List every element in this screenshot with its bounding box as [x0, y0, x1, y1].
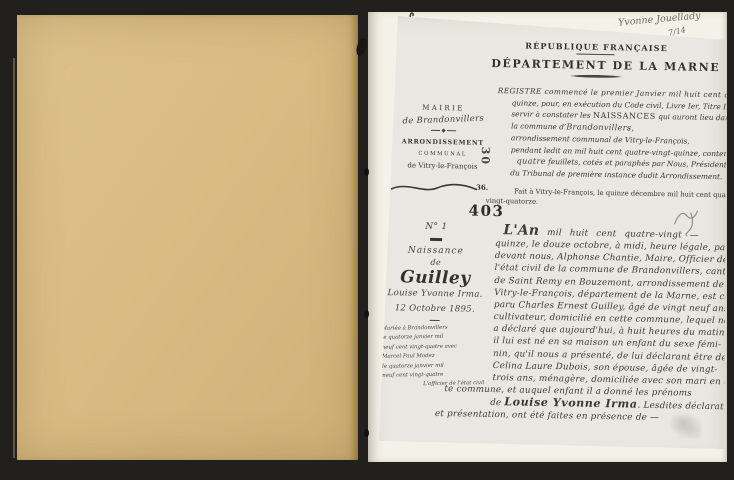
pencil-annotation-name: Yvonne Jouellady — [618, 10, 701, 28]
register-page: Yvonne Jouellady 7/14 RÉPUBLIQUE FRANÇAI… — [368, 12, 727, 462]
mairie-label: MAIRIE — [390, 103, 496, 113]
act-text: L'An mil huit cent quatre-vingt — quinze… — [492, 224, 734, 426]
margin-dash — [430, 319, 440, 321]
act-date-label: 12 Octobre 1895. — [379, 302, 491, 314]
act-number-label: N° 1 — [380, 221, 492, 233]
fait-line: Fait à Vitry-le-François, le quinze déce… — [514, 187, 734, 199]
act-type-label: Naissance — [380, 244, 492, 256]
registre-line-text: qui auront lieu dans — [656, 112, 734, 122]
ornament-rule — [570, 74, 622, 78]
feuillets-count-handwritten: quatre — [516, 156, 545, 167]
margin-dash — [430, 238, 442, 241]
registre-line-text: la commune d’ — [511, 121, 566, 131]
republic-heading: RÉPUBLIQUE FRANÇAISE — [522, 40, 672, 53]
binding-stitch — [364, 310, 369, 318]
commune-handwritten-inline: Brandonvillers, — [566, 121, 634, 132]
scan-content: RÉPUBLIQUE FRANÇAISE DÉPARTEMENT DE LA M… — [364, 9, 731, 466]
naissances-caps: NAISSANCES — [593, 111, 656, 121]
microfilm-scan-area: RÉPUBLIQUE FRANÇAISE DÉPARTEMENT DE LA M… — [368, 12, 727, 462]
book-cover-page — [17, 15, 358, 460]
swash-number-mark: 36. — [476, 183, 488, 192]
marriage-marginal-note: Mariée à Brandonvillers le quatorze janv… — [377, 323, 490, 391]
commune-handwritten: de Brandonvillers — [390, 113, 496, 127]
numeric-stamp: 30 — [479, 147, 492, 167]
printed-number-403: 403 — [468, 202, 504, 221]
sidebar-swash-ornament — [389, 180, 479, 196]
surname-label: Guilley — [379, 266, 491, 288]
act-text-segment: de — [490, 398, 504, 408]
scanned-register-spread: Yvonne Jouellady 7/14 RÉPUBLIQUE FRANÇAI… — [0, 0, 734, 480]
page-stack-edge — [13, 58, 15, 458]
given-names-label: Louise Yvonne Irma. — [379, 287, 491, 299]
child-names-emphasis: Louise Yvonne Irma — [504, 395, 637, 410]
department-heading: DÉPARTEMENT DE LA MARNE — [491, 57, 701, 74]
sidebar-ornament — [390, 128, 496, 133]
heading-divider — [577, 53, 615, 55]
registre-line-text: servir à constater les — [511, 110, 593, 120]
binding-stitch — [364, 429, 369, 437]
act-text-segment: . Lesdites déclaration, — [637, 401, 734, 413]
smudge-mark — [671, 413, 701, 438]
registre-preamble: REGISTRE commencé le premier Janvier mil… — [496, 85, 734, 184]
act-margin-column: N° 1 Naissance de Guilley Louise Yvonne … — [377, 221, 492, 391]
binding-stitch — [364, 168, 369, 176]
act-opening-word: L'An — [503, 222, 539, 239]
